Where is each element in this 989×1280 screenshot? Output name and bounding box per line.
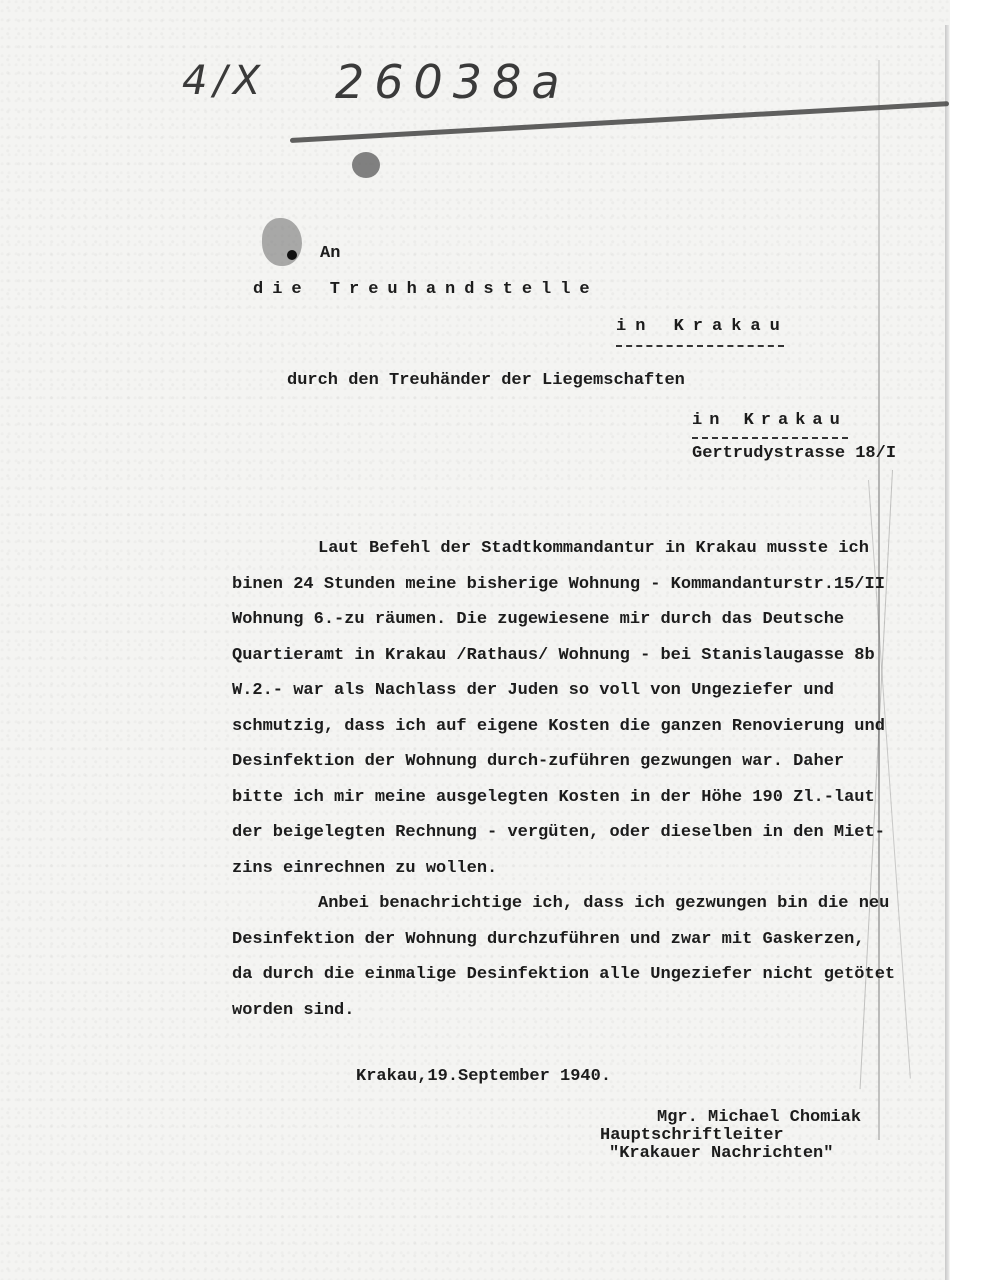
recipient-address: Gertrudystrasse 18/I bbox=[692, 445, 896, 462]
underline bbox=[616, 345, 784, 347]
letter-body: Laut Befehl der Stadtkommandantur in Kra… bbox=[232, 538, 952, 1035]
body-line: bitte ich mir meine ausgelegten Kosten i… bbox=[232, 787, 952, 823]
scan-margin bbox=[950, 0, 989, 1280]
salutation: An bbox=[320, 245, 340, 262]
body-line: worden sind. bbox=[232, 1000, 952, 1036]
body-line: Laut Befehl der Stadtkommandantur in Kra… bbox=[232, 538, 952, 574]
place-and-date: Krakau,19.September 1940. bbox=[356, 1068, 611, 1085]
handwritten-reference-number: 26038a bbox=[335, 55, 570, 109]
body-line: Desinfektion der Wohnung durch-zuführen … bbox=[232, 751, 952, 787]
recipient-line-2: in Krakau bbox=[616, 318, 789, 335]
recipient-line-4: in Krakau bbox=[692, 412, 847, 429]
signature-name: Mgr. Michael Chomiak bbox=[657, 1109, 861, 1126]
body-line: schmutzig, dass ich auf eigene Kosten di… bbox=[232, 716, 952, 752]
handwritten-annotation: 4/X bbox=[182, 58, 266, 104]
hole-punch-mark bbox=[287, 250, 297, 260]
body-line: Wohnung 6.-zu räumen. Die zugewiesene mi… bbox=[232, 609, 952, 645]
body-line: der beigelegten Rechnung - vergüten, ode… bbox=[232, 822, 952, 858]
underline bbox=[692, 437, 848, 439]
recipient-line-1: die Treuhandstelle bbox=[253, 281, 599, 298]
body-line: W.2.- war als Nachlass der Juden so voll… bbox=[232, 680, 952, 716]
signature-title: Hauptschriftleiter bbox=[600, 1127, 784, 1144]
body-line: Quartieramt in Krakau /Rathaus/ Wohnung … bbox=[232, 645, 952, 681]
ink-blot bbox=[352, 152, 380, 178]
recipient-line-3: durch den Treuhänder der Liegemschaften bbox=[287, 372, 685, 389]
body-line: binen 24 Stunden meine bisherige Wohnung… bbox=[232, 574, 952, 610]
body-line: da durch die einmalige Desinfektion alle… bbox=[232, 964, 952, 1000]
signature-publication: "Krakauer Nachrichten" bbox=[609, 1145, 833, 1162]
body-line: zins einrechnen zu wollen. bbox=[232, 858, 952, 894]
body-line: Anbei benachrichtige ich, dass ich gezwu… bbox=[232, 893, 952, 929]
ink-blot bbox=[262, 218, 302, 266]
body-line: Desinfektion der Wohnung durchzuführen u… bbox=[232, 929, 952, 965]
